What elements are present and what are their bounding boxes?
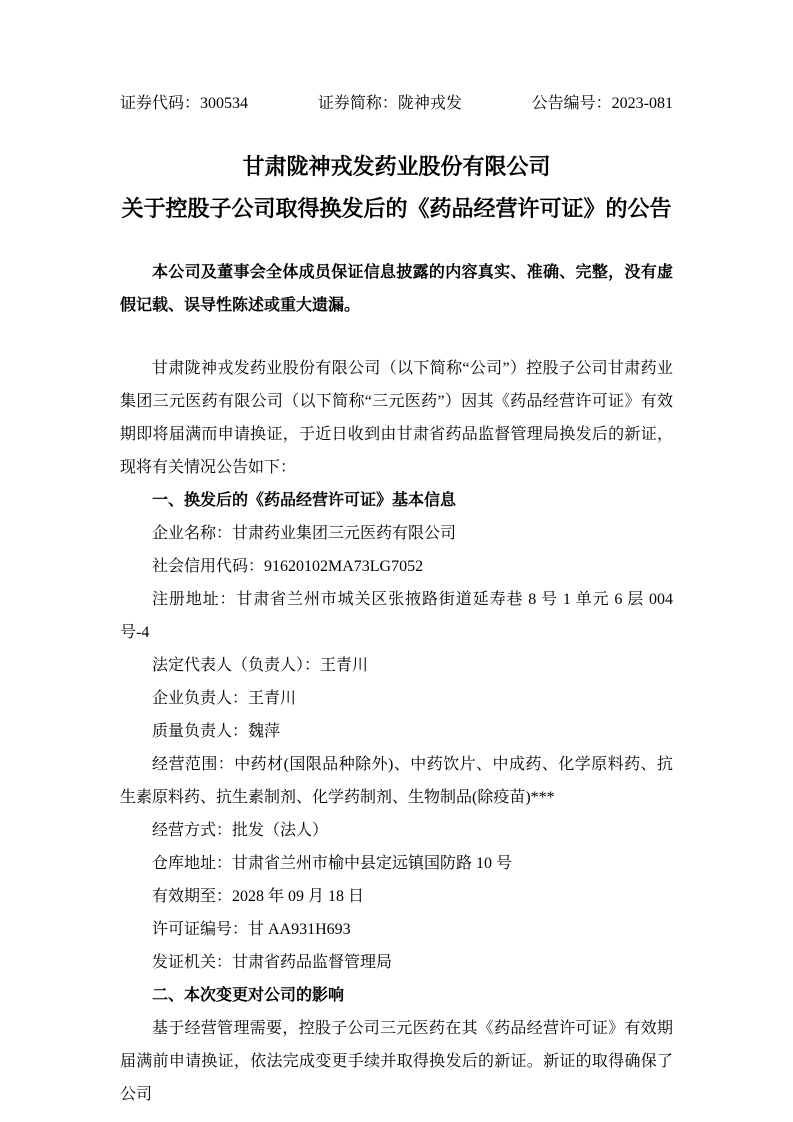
stock-code: 证券代码：300534 bbox=[120, 93, 248, 115]
section1-heading: 一、换发后的《药品经营许可证》基本信息 bbox=[120, 484, 673, 517]
section2-heading: 二、本次变更对公司的影响 bbox=[120, 979, 673, 1012]
document-header: 证券代码：300534 证券简称：陇神戎发 公告编号：2023-081 bbox=[120, 93, 673, 115]
section2-paragraph: 基于经营管理需要，控股子公司三元医药在其《药品经营许可证》有效期届满前申请换证，… bbox=[120, 1012, 673, 1111]
field-issuing-authority: 发证机关：甘肃省药品监督管理局 bbox=[120, 946, 673, 979]
field-license-number: 许可证编号：甘 AA931H693 bbox=[120, 913, 673, 946]
field-business-scope: 经营范围：中药材(国限品种除外)、中药饮片、中成药、化学原料药、抗生素原料药、抗… bbox=[120, 748, 673, 814]
field-business-mode: 经营方式：批发（法人） bbox=[120, 814, 673, 847]
disclaimer-statement: 本公司及董事会全体成员保证信息披露的内容真实、准确、完整，没有虚假记载、误导性陈… bbox=[120, 256, 673, 322]
field-warehouse-address: 仓库地址：甘肃省兰州市榆中县定远镇国防路 10 号 bbox=[120, 847, 673, 880]
document-title: 甘肃陇神戎发药业股份有限公司 关于控股子公司取得换发后的《药品经营许可证》的公告 bbox=[120, 146, 673, 230]
field-valid-until: 有效期至：2028 年 09 月 18 日 bbox=[120, 880, 673, 913]
title-subject: 关于控股子公司取得换发后的《药品经营许可证》的公告 bbox=[120, 188, 673, 230]
title-company-name: 甘肃陇神戎发药业股份有限公司 bbox=[120, 146, 673, 188]
announcement-page: 证券代码：300534 证券简称：陇神戎发 公告编号：2023-081 甘肃陇神… bbox=[0, 0, 793, 1122]
field-enterprise-name: 企业名称：甘肃药业集团三元医药有限公司 bbox=[120, 517, 673, 550]
field-legal-representative: 法定代表人（负责人）：王青川 bbox=[120, 649, 673, 682]
field-registered-address: 注册地址：甘肃省兰州市城关区张掖路街道延寿巷 8 号 1 单元 6 层 004 … bbox=[120, 583, 673, 649]
announcement-number: 公告编号：2023-081 bbox=[532, 93, 673, 115]
field-quality-head: 质量负责人：魏萍 bbox=[120, 715, 673, 748]
intro-paragraph: 甘肃陇神戎发药业股份有限公司（以下简称“公司”）控股子公司甘肃药业集团三元医药有… bbox=[120, 352, 673, 484]
field-enterprise-head: 企业负责人：王青川 bbox=[120, 682, 673, 715]
field-credit-code: 社会信用代码：91620102MA73LG7052 bbox=[120, 550, 673, 583]
stock-abbr: 证券简称：陇神戎发 bbox=[318, 93, 462, 115]
